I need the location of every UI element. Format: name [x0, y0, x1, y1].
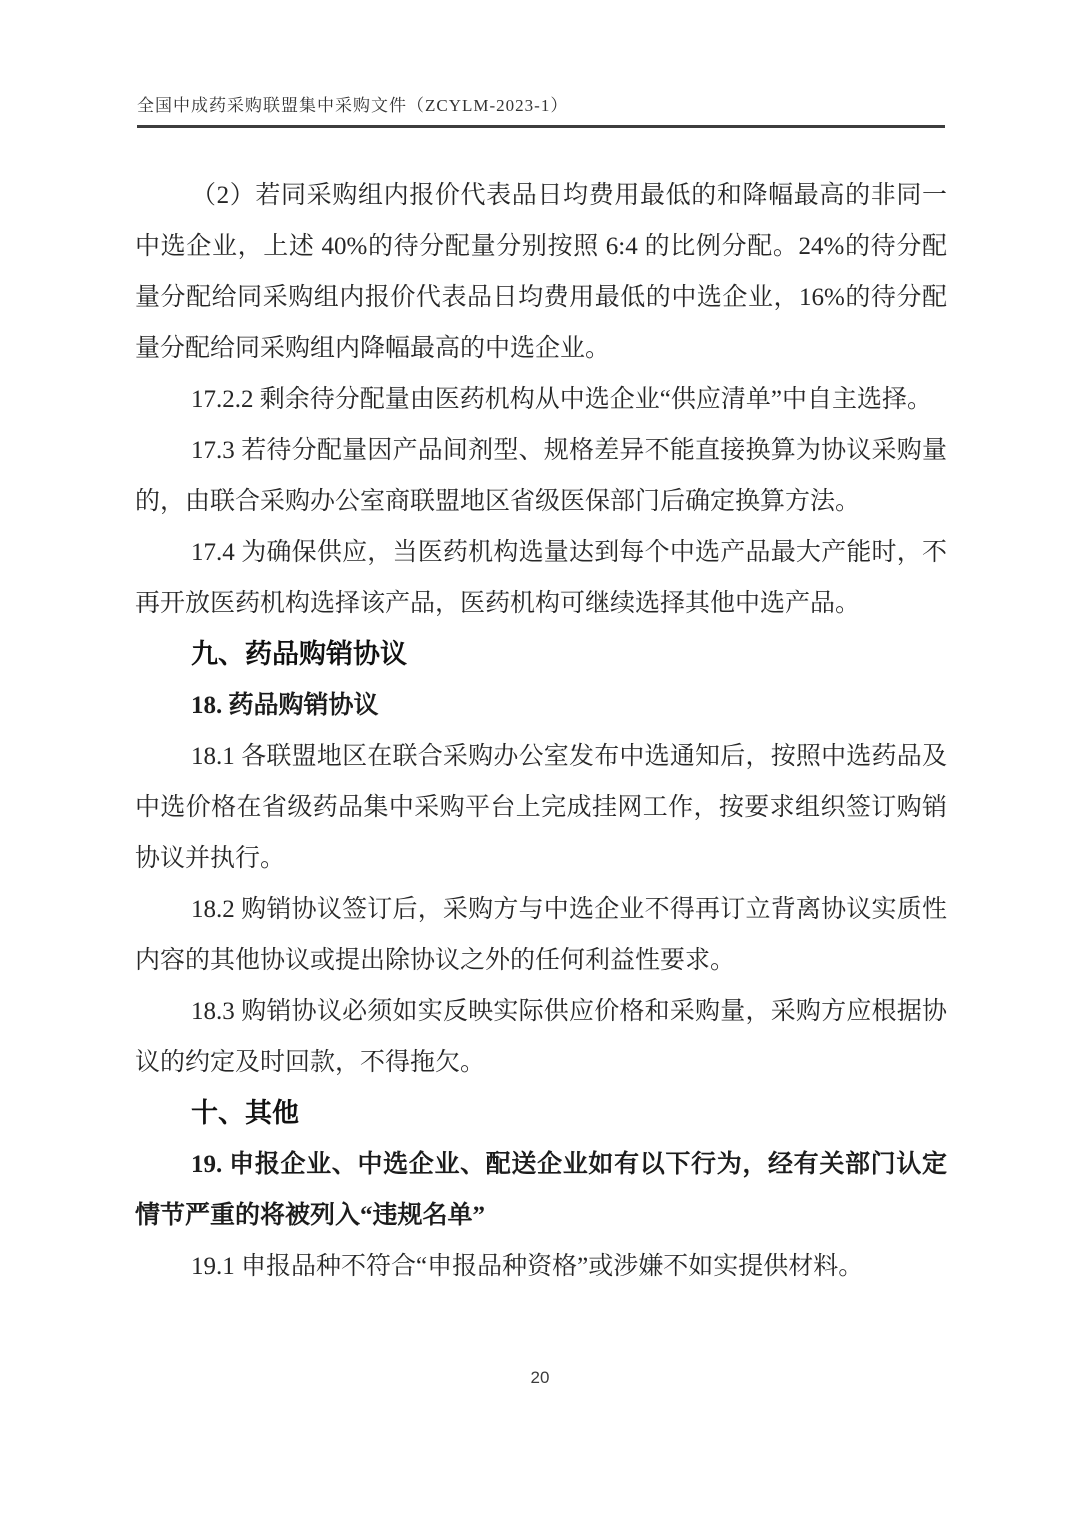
- clause-17-3: 17.3 若待分配量因产品间剂型、规格差异不能直接换算为协议采购量的，由联合采购…: [135, 425, 947, 527]
- clause-18-1: 18.1 各联盟地区在联合采购办公室发布中选通知后，按照中选药品及中选价格在省级…: [135, 731, 947, 884]
- clause-17-4: 17.4 为确保供应，当医药机构选量达到每个中选产品最大产能时，不再开放医药机构…: [135, 527, 947, 629]
- clause-18-2: 18.2 购销协议签订后，采购方与中选企业不得再订立背离协议实质性内容的其他协议…: [135, 884, 947, 986]
- clause-19-1: 19.1 申报品种不符合“申报品种资格”或涉嫌不如实提供材料。: [135, 1241, 947, 1292]
- page-header: 全国中成药采购联盟集中采购文件（ZCYLM-2023-1）: [137, 96, 945, 128]
- header-rule: [137, 125, 945, 128]
- section-heading-ten: 十、其他: [135, 1088, 947, 1139]
- clause-17-2-2: 17.2.2 剩余待分配量由医药机构从中选企业“供应清单”中自主选择。: [135, 374, 947, 425]
- clause-2-paragraph: （2）若同采购组内报价代表品日均费用最低的和降幅最高的非同一中选企业，上述 40…: [135, 170, 947, 374]
- header-title: 全国中成药采购联盟集中采购文件（ZCYLM-2023-1）: [137, 96, 945, 125]
- clause-18-3: 18.3 购销协议必须如实反映实际供应价格和采购量，采购方应根据协议的约定及时回…: [135, 986, 947, 1088]
- document-page: 全国中成药采购联盟集中采购文件（ZCYLM-2023-1） （2）若同采购组内报…: [0, 0, 1080, 1526]
- clause-19: 19. 申报企业、中选企业、配送企业如有以下行为，经有关部门认定情节严重的将被列…: [135, 1139, 947, 1241]
- section-heading-nine: 九、药品购销协议: [135, 629, 947, 680]
- clause-18-heading: 18. 药品购销协议: [135, 680, 947, 731]
- document-body: （2）若同采购组内报价代表品日均费用最低的和降幅最高的非同一中选企业，上述 40…: [135, 170, 947, 1292]
- page-footer: 20: [0, 1368, 1080, 1388]
- page-number: 20: [531, 1368, 550, 1387]
